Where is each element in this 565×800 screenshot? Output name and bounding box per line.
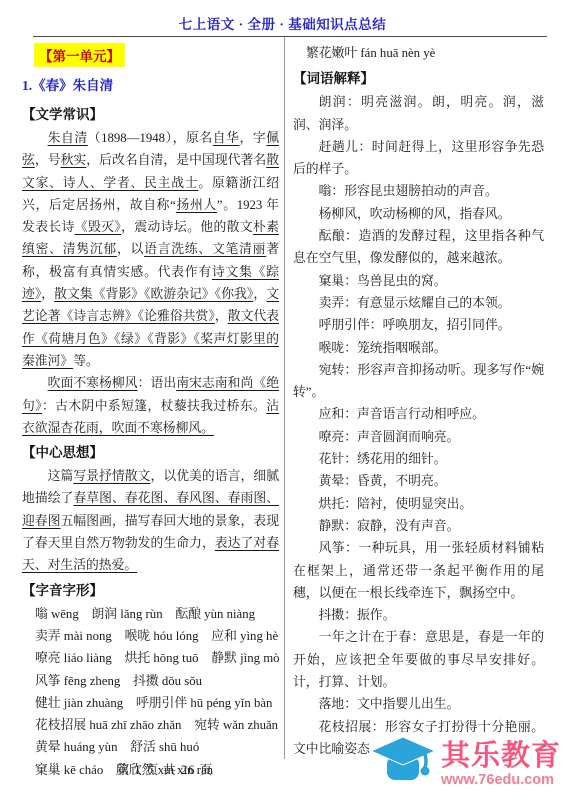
definition-item: 抖擞：振作。 — [293, 604, 544, 626]
definition-item: 酝酿：造酒的发酵过程，这里指各种气息在空气里，像发酵似的，越来越浓。 — [293, 225, 544, 270]
definition-item: 呼朋引伴：呼唤朋友，招引同伴。 — [293, 314, 544, 336]
underlined-key-term: 语言洗练、文笔清丽 — [144, 242, 266, 256]
author-bio-paragraph: 朱自清（1898—1948），原名自华，字佩弦，号秋实，后改名自清，是中国现代著… — [22, 127, 279, 372]
definition-item: 嘹亮：声音圆润而响亮。 — [293, 426, 544, 448]
pinyin-line: 繁花嫩叶 fán huā nèn yè — [293, 42, 544, 64]
text-segment: ，字 — [239, 131, 266, 145]
definition-item: 落地：文中指婴儿出生。 — [293, 693, 544, 715]
text-segment: ， — [253, 287, 266, 301]
central-idea-paragraph: 这篇写景抒情散文，以优美的语言，细腻地描绘了春草图、春花图、春风图、春雨图、迎春… — [22, 465, 279, 576]
underlined-key-term: 写景抒情散文 — [73, 469, 150, 483]
right-column: 繁花嫩叶 fán huā nèn yè 【词语解释】 朗润：明亮滋润。朗，明亮。… — [293, 42, 544, 760]
pinyin-line: 卖弄 mài nong 喉咙 hóu lóng 应和 yìng hè — [22, 625, 279, 647]
underlined-key-term: 吹面不寒杨柳风 — [48, 376, 138, 390]
text-segment: ：语出 — [138, 376, 177, 390]
text-segment: ，后改名自清，是中国现代著名 — [86, 153, 266, 167]
page-number: 第 1 页 共 26 页 — [0, 760, 330, 778]
left-column: 【第一单元】 1.《春》朱自清 【文学常识】 朱自清（1898—1948），原名… — [22, 42, 279, 781]
unit-heading: 【第一单元】 — [34, 43, 125, 67]
section-literary-knowledge: 【文学常识】 — [22, 103, 279, 123]
text-segment: ， — [41, 287, 54, 301]
definition-item: 嗡：形容昆虫翅膀拍动的声音。 — [293, 180, 544, 202]
definition-item: 黄晕：昏黄，不明亮。 — [293, 470, 544, 492]
unit-heading-row: 【第一单元】 — [22, 42, 279, 74]
header-divider — [33, 36, 547, 37]
definition-item: 一年之计在于春：意思是，春是一年的开始，应该把全年要做的事尽早安排好。计，打算、… — [293, 626, 544, 693]
text-segment: ：古木阴中系短篷，杖藜扶我过桥东。 — [42, 399, 266, 413]
definition-item: 窠巢：鸟兽昆虫的窝。 — [293, 270, 544, 292]
definition-item: 朗润：明亮滋润。朗，明亮。润，滋润、润泽。 — [293, 91, 544, 136]
pinyin-line: 健壮 jiàn zhuàng 呼朋引伴 hū péng yǐn bàn — [22, 692, 279, 714]
definitions-list: 朗润：明亮滋润。朗，明亮。润，滋润、润泽。赶趟儿：时间赶得上，这里形容争先恐后的… — [293, 91, 544, 760]
pinyin-line: 嘹亮 liáo liàng 烘托 hōng tuō 静默 jìng mò — [22, 647, 279, 669]
definition-item: 卖弄：有意显示炫耀自己的本领。 — [293, 292, 544, 314]
section-phonetics: 【字音字形】 — [22, 579, 279, 599]
definition-item: 宛转：形容声音抑扬动听。现多写作“婉转”。 — [293, 359, 544, 404]
underlined-key-term: 秋实 — [61, 153, 87, 167]
definition-item: 花针：绣花用的细针。 — [293, 448, 544, 470]
text-segment: 等。 — [73, 354, 99, 368]
page-title: 七上语文 · 全册 · 基础知识点总结 — [0, 13, 565, 33]
section-central-idea: 【中心思想】 — [22, 441, 279, 461]
pinyin-line: 花枝招展 huā zhī zhāo zhǎn 宛转 wǎn zhuǎn — [22, 714, 279, 736]
definition-item: 杨柳风，吹动杨柳的风，指春风。 — [293, 203, 544, 225]
text-segment: ，震动诗坛。他的散文 — [121, 220, 253, 234]
logo-text-block: 其乐教育 www.76edu.com — [441, 741, 561, 789]
underlined-key-term: 朱自清 — [48, 131, 88, 145]
definition-item: 静默：寂静，没有声音。 — [293, 515, 544, 537]
definition-item: 烘托：陪衬，使明显突出。 — [293, 493, 544, 515]
underlined-key-term: 散文集《背影》《欧游杂记》《你我》 — [54, 287, 253, 301]
brand-name: 其乐教育 — [441, 741, 561, 771]
underlined-key-term: 自华 — [213, 131, 240, 145]
definition-item: 风筝：一种玩具，用一张轻质材料铺粘在框架上，通常还带一条起平衡作用的尾穗，以便在… — [293, 537, 544, 604]
text-segment: ，号 — [35, 153, 61, 167]
underlined-key-term: 《毁灭》 — [75, 220, 121, 234]
document-page: 七上语文 · 全册 · 基础知识点总结 【第一单元】 1.《春》朱自清 【文学常… — [0, 0, 565, 800]
lesson-title: 1.《春》朱自清 — [22, 74, 279, 94]
definition-item: 赶趟儿：时间赶得上，这里形容争先恐后的样子。 — [293, 136, 544, 181]
brand-url: www.76edu.com — [441, 772, 561, 789]
section-word-definitions: 【词语解释】 — [293, 67, 544, 87]
pinyin-line: 风筝 fēng zheng 抖擞 dǒu sǒu — [22, 670, 279, 692]
pinyin-line: 黄晕 huáng yùn 舒活 shū huó — [22, 736, 279, 758]
pinyin-line: 嗡 wēng 朗润 lǎng rùn 酝酿 yùn niàng — [22, 603, 279, 625]
site-logo: 其乐教育 www.76edu.com — [370, 736, 561, 794]
definition-item: 应和：声音语言行动相呼应。 — [293, 403, 544, 425]
text-segment: ，以 — [117, 242, 144, 256]
text-segment: （1898—1948），原名 — [88, 131, 213, 145]
column-divider — [284, 37, 285, 759]
text-segment: ， — [215, 309, 228, 323]
graduation-cap-icon — [370, 736, 436, 794]
definition-item: 喉咙：笼统指咽喉部。 — [293, 337, 544, 359]
text-segment: 这篇 — [48, 469, 74, 483]
quote-explanation-paragraph: 吹面不寒杨柳风：语出南宋志南和尚《绝句》：古木阴中系短篷，杖藜扶我过桥东。沾衣欲… — [22, 372, 279, 439]
underlined-key-term: 扬州人 — [176, 198, 217, 212]
pinyin-list: 嗡 wēng 朗润 lǎng rùn 酝酿 yùn niàng卖弄 mài no… — [22, 603, 279, 781]
